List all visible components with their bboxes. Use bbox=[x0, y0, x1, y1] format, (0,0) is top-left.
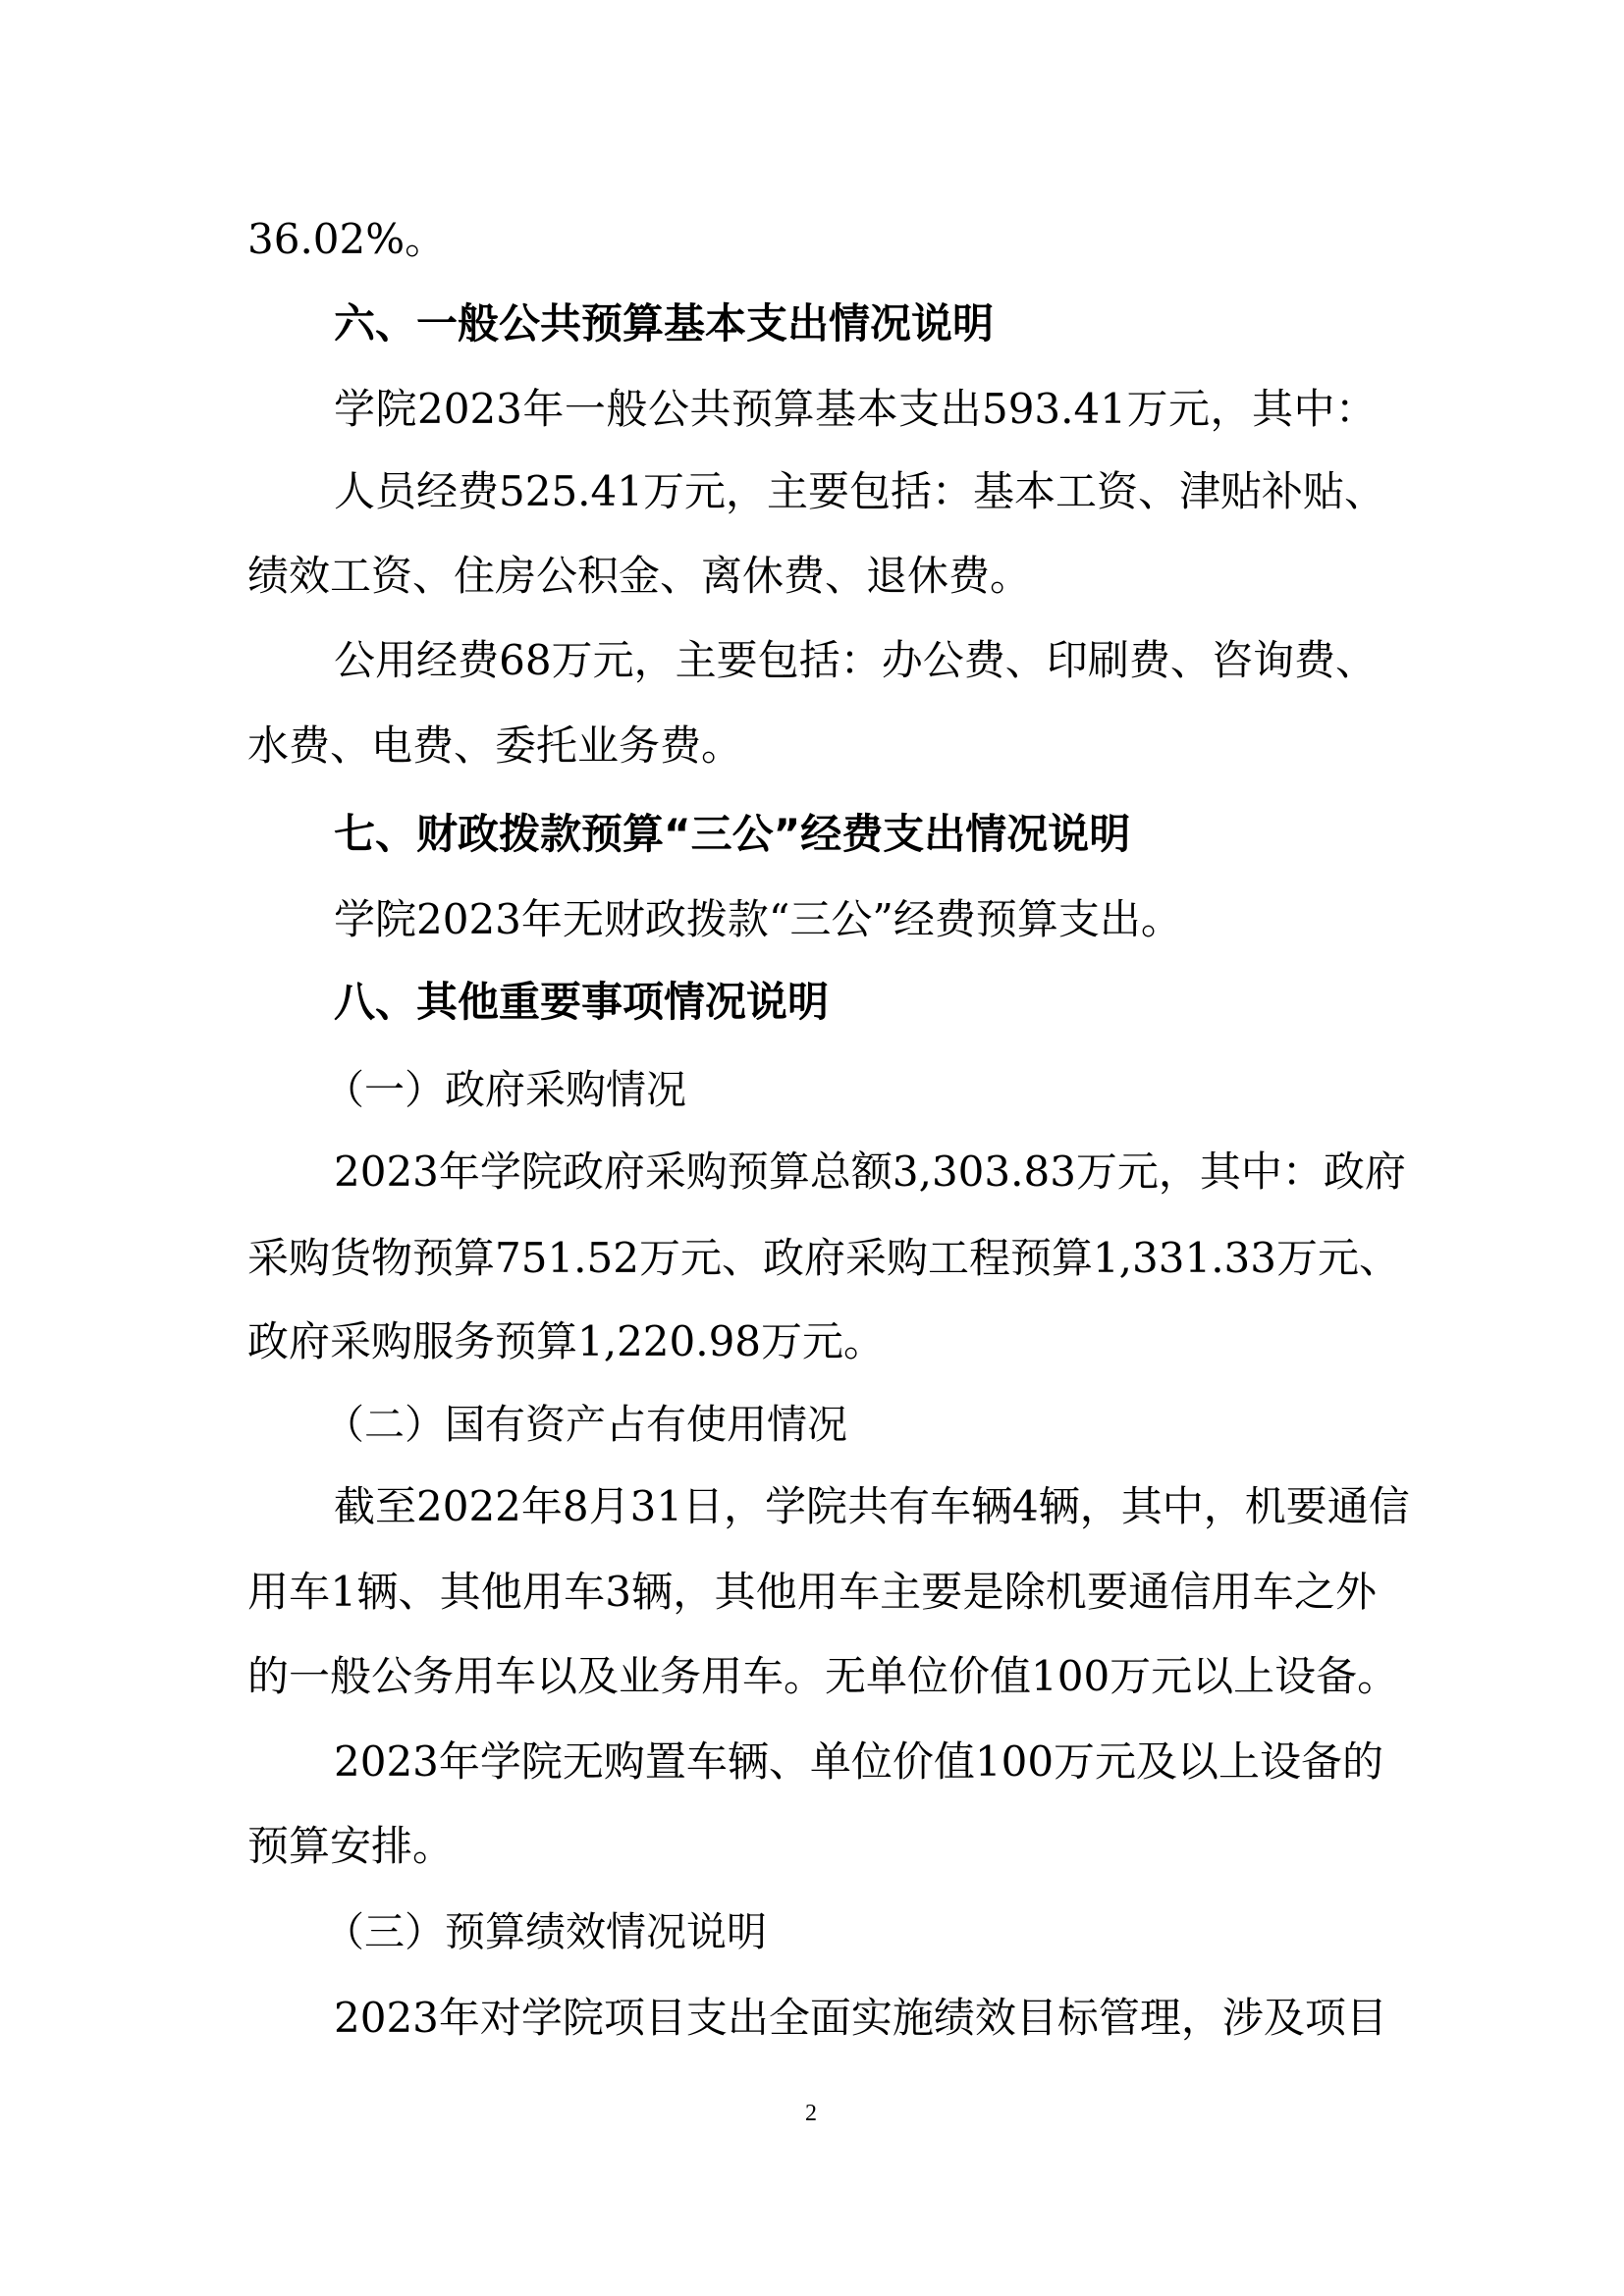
paragraph-vehicles-line-1: 截至2022年8月31日，学院共有车辆4辆，其中，机要通信 bbox=[334, 1477, 1377, 1536]
paragraph-personnel-cost-line-2: 绩效工资、住房公积金、离休费、退休费。 bbox=[247, 547, 1377, 606]
paragraph-continuation-line: 36.02%。 bbox=[247, 210, 1377, 269]
paragraph-three-public-expenses: 学院2023年无财政拨款“三公”经费预算支出。 bbox=[334, 890, 1377, 949]
page-number: 2 bbox=[791, 2099, 831, 2128]
paragraph-public-cost-line-2: 水费、电费、委托业务费。 bbox=[247, 717, 1377, 775]
subsection-heading-state-assets: （二）国有资产占有使用情况 bbox=[324, 1395, 1453, 1454]
paragraph-procurement-line-2: 采购货物预算751.52万元、政府采购工程预算1,331.33万元、 bbox=[247, 1229, 1377, 1288]
paragraph-performance-line-1: 2023年对学院项目支出全面实施绩效目标管理，涉及项目 bbox=[334, 1989, 1377, 2048]
paragraph-public-cost-line-1: 公用经费68万元，主要包括：办公费、印刷费、咨询费、 bbox=[334, 631, 1377, 690]
section-heading-7: 七、财政拨款预算“三公”经费支出情况说明 bbox=[334, 805, 1377, 864]
subsection-heading-performance: （三）预算绩效情况说明 bbox=[324, 1902, 1453, 1961]
paragraph-no-purchase-line-2: 预算安排。 bbox=[247, 1817, 1377, 1876]
paragraph-procurement-line-3: 政府采购服务预算1,220.98万元。 bbox=[247, 1312, 1377, 1371]
section-heading-6: 六、一般公共预算基本支出情况说明 bbox=[334, 294, 1377, 353]
document-page: 36.02%。 六、一般公共预算基本支出情况说明 学院2023年一般公共预算基本… bbox=[0, 0, 1624, 2296]
paragraph-basic-expenditure-line: 学院2023年一般公共预算基本支出593.41万元，其中： bbox=[334, 380, 1377, 439]
paragraph-personnel-cost-line-1: 人员经费525.41万元，主要包括：基本工资、津贴补贴、 bbox=[334, 462, 1377, 521]
section-heading-8: 八、其他重要事项情况说明 bbox=[334, 973, 1377, 1032]
subsection-heading-procurement: （一）政府采购情况 bbox=[324, 1060, 1453, 1119]
paragraph-no-purchase-line-1: 2023年学院无购置车辆、单位价值100万元及以上设备的 bbox=[334, 1733, 1377, 1791]
paragraph-vehicles-line-3: 的一般公务用车以及业务用车。无单位价值100万元以上设备。 bbox=[247, 1647, 1377, 1706]
paragraph-procurement-line-1: 2023年学院政府采购预算总额3,303.83万元，其中：政府 bbox=[334, 1143, 1377, 1201]
paragraph-vehicles-line-2: 用车1辆、其他用车3辆，其他用车主要是除机要通信用车之外 bbox=[247, 1563, 1377, 1622]
